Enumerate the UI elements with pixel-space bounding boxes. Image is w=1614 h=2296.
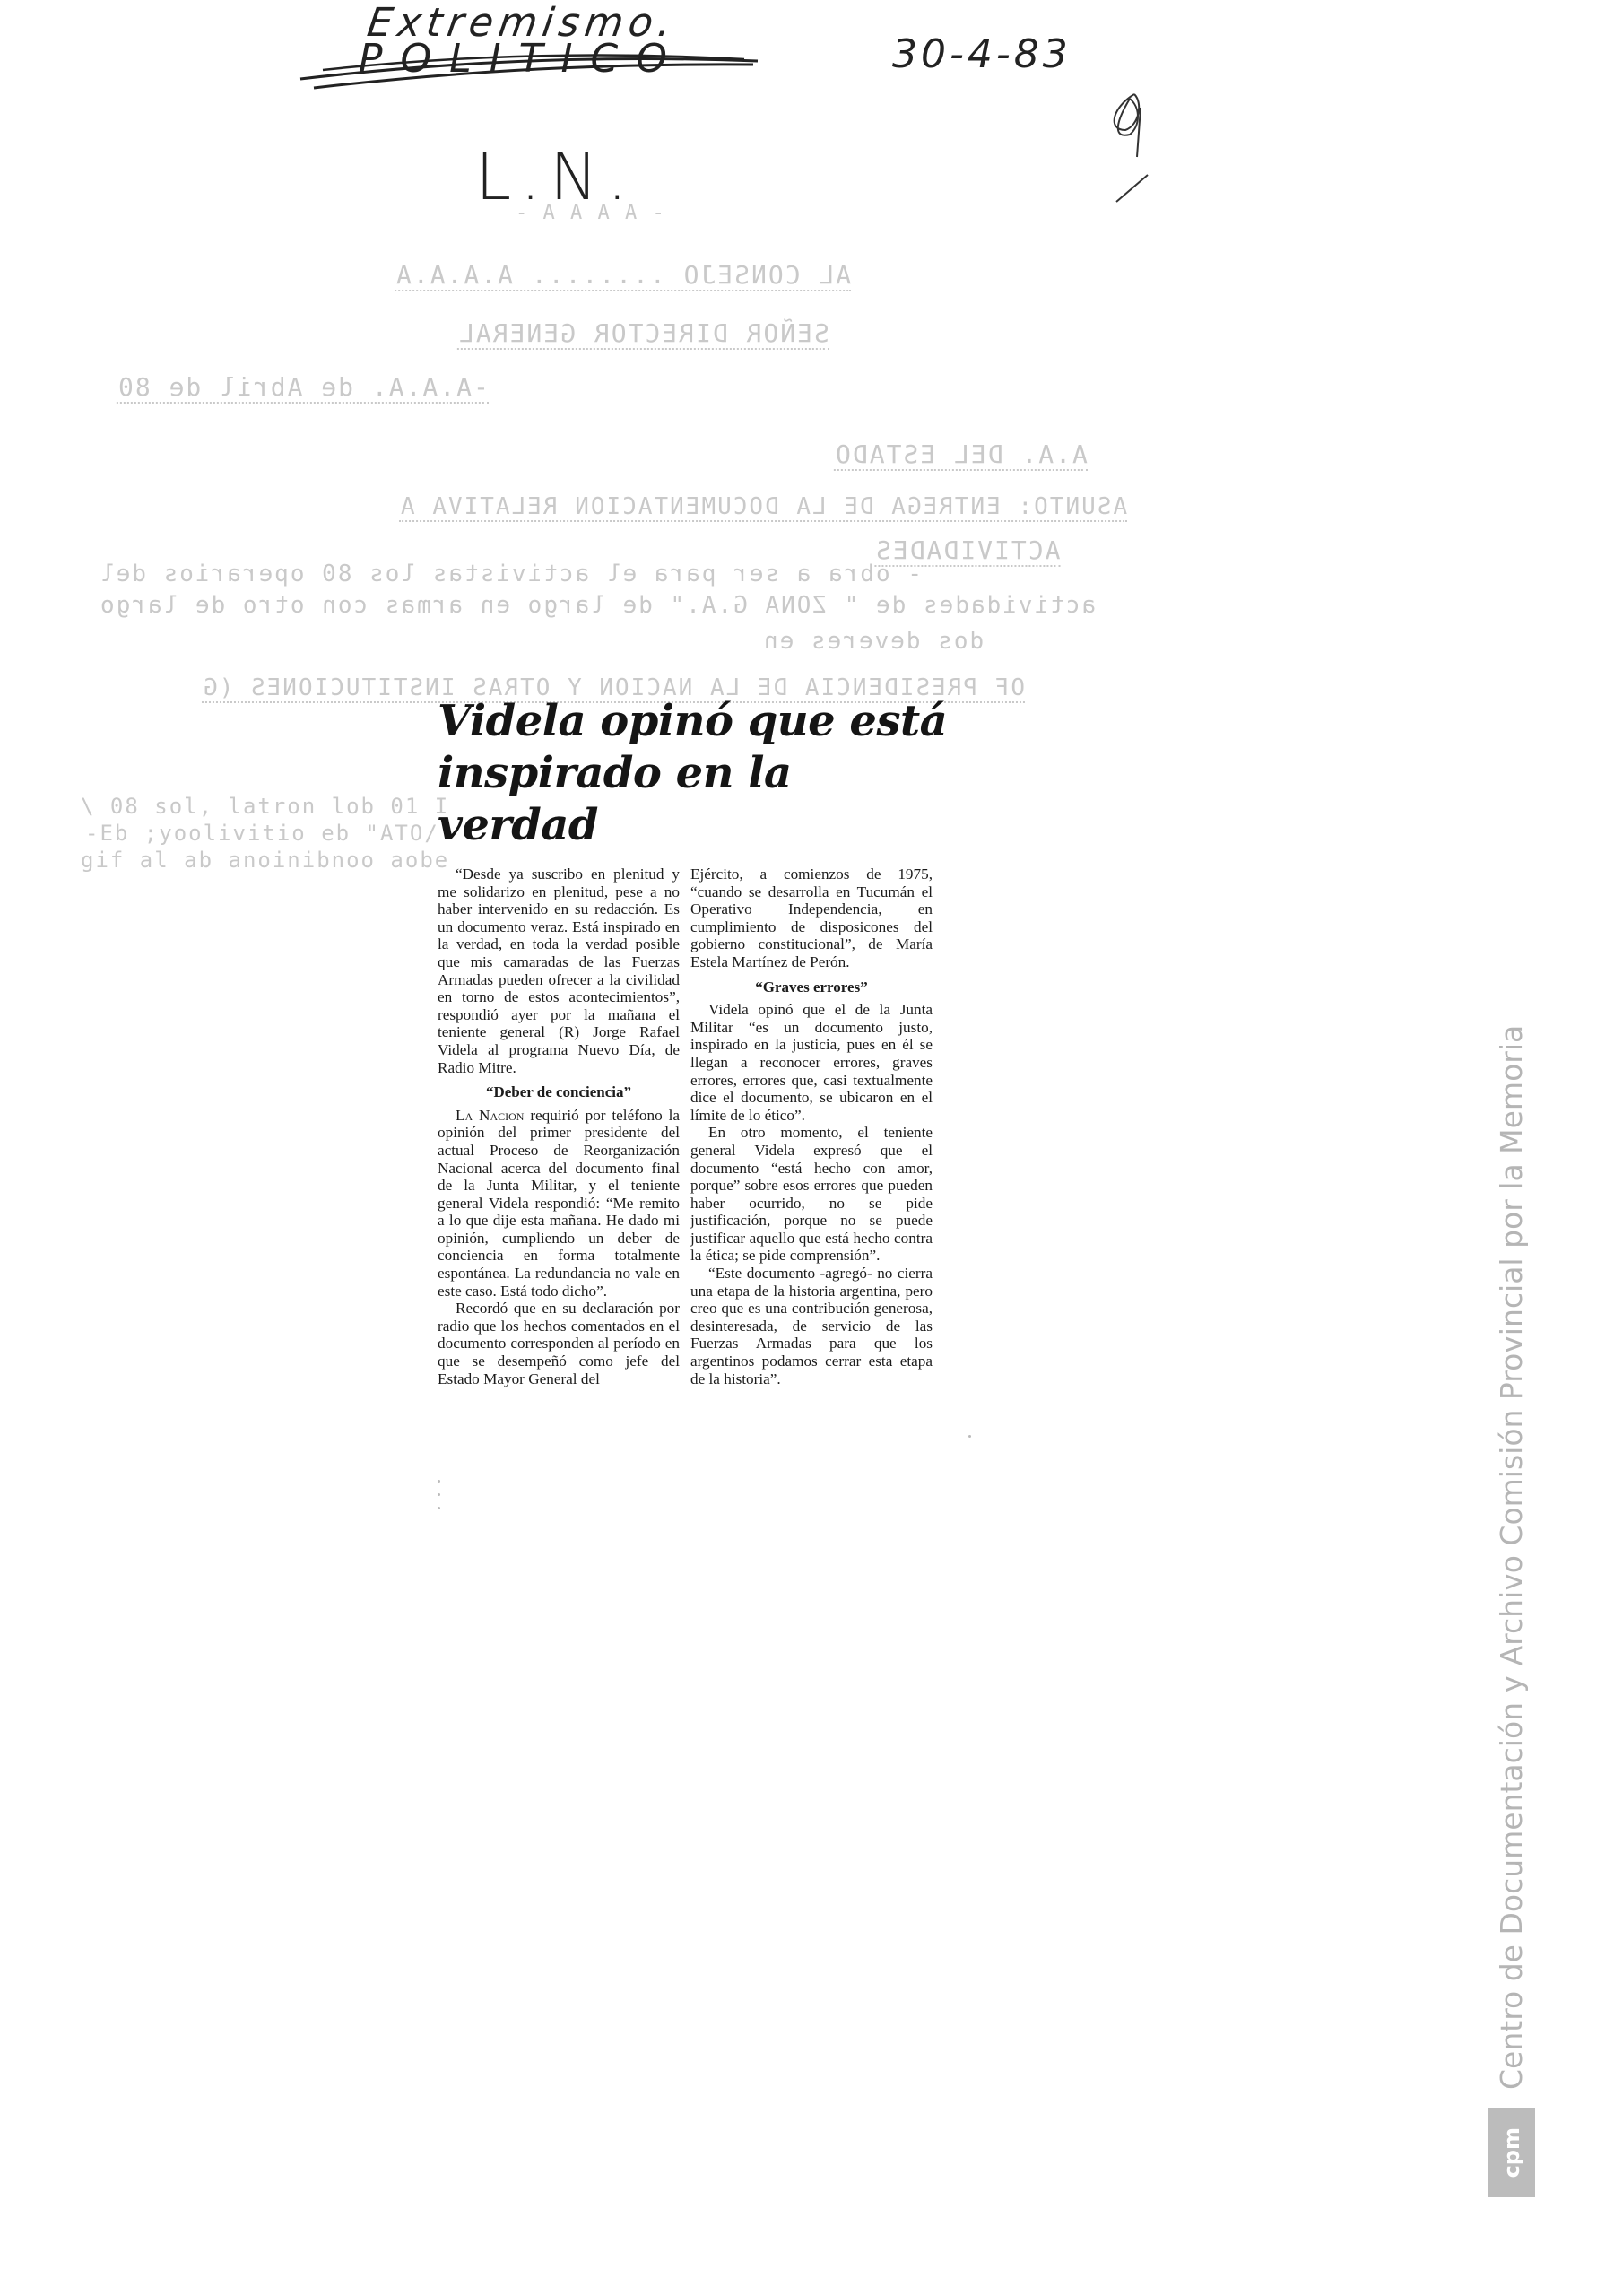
article-column-right: Ejército, a comienzos de 1975, “cuando s… xyxy=(690,865,933,1387)
scan-speck xyxy=(438,1493,440,1496)
article-paragraph: “Este documento -agregó- no cierra una e… xyxy=(690,1265,933,1387)
article-paragraph: Videla opinó que el de la Junta Militar … xyxy=(690,1001,933,1124)
article-paragraph: En otro momento, el teniente general Vid… xyxy=(690,1124,933,1265)
article-paragraph: “Desde ya suscribo en plenitud y me soli… xyxy=(438,865,680,1076)
article-subhead: “Deber de conciencia” xyxy=(438,1083,680,1101)
headline-line-2: inspirado en la verdad xyxy=(438,748,792,850)
ghost-line: - obra a ser para el activistas los 80 o… xyxy=(99,561,922,587)
ghost-line: A.A. DEL ESTADO xyxy=(834,439,1088,471)
handwritten-date: 30-4-83 xyxy=(892,31,1072,77)
publication-name: La Nacion xyxy=(456,1107,524,1124)
ghost-line: dos deveres en xyxy=(762,628,984,655)
ghost-line: -A.A.A. de Abril de 80 xyxy=(117,372,489,404)
ghost-line: - A A A A - xyxy=(516,202,666,224)
ghost-line: actividades de " ZONA G.A." de largo en … xyxy=(99,592,1096,619)
article-paragraph: La Nacion requirió por teléfono la opini… xyxy=(438,1107,680,1300)
archive-watermark-text: Centro de Documentación y Archivo Comisi… xyxy=(1487,1076,1537,2090)
scan-speck xyxy=(438,1480,440,1483)
ghost-line: \ 08 sol, latron lob 01 I xyxy=(81,794,449,819)
ghost-line: ASUNTO: ENTREGA DE LA DOCUMENTACION RELA… xyxy=(399,493,1127,522)
article-paragraph: Recordó que en su declaración por radio … xyxy=(438,1300,680,1387)
handwritten-check-mark-icon xyxy=(1085,90,1157,206)
archive-watermark: Centro de Documentación y Archivo Comisi… xyxy=(1487,1076,1537,2197)
article-column-left: “Desde ya suscribo en plenitud y me soli… xyxy=(438,865,680,1387)
newspaper-clipping: Videla opinó que está inspirado en la ve… xyxy=(438,695,958,1387)
ghost-line: SEÑOR DIRECTOR GENERAL xyxy=(457,318,829,350)
paragraph-body: requirió por teléfono la opinión del pri… xyxy=(438,1107,680,1300)
cpm-logo: cpm xyxy=(1488,2108,1535,2197)
article-paragraph: Ejército, a comienzos de 1975, “cuando s… xyxy=(690,865,933,971)
strike-through-icon xyxy=(296,43,762,97)
scan-speck xyxy=(968,1435,971,1438)
scan-speck xyxy=(438,1507,440,1509)
ghost-line: gif al ab anoinibnoo aobe xyxy=(81,848,449,873)
ghost-line: AL CONSEJO ........ A.A.A.A xyxy=(395,260,851,291)
cpm-logo-text: cpm xyxy=(1499,2127,1524,2178)
article-headline: Videla opinó que está inspirado en la ve… xyxy=(438,695,958,851)
article-subhead: “Graves errores” xyxy=(690,978,933,996)
handwritten-struck-topic: POLITICO xyxy=(359,36,685,82)
article-columns: “Desde ya suscribo en plenitud y me soli… xyxy=(438,865,958,1387)
headline-line-1: Videla opinó que está xyxy=(438,696,947,746)
ghost-line: -Eb ;yoolivitio eb "ATO/ xyxy=(85,821,439,846)
